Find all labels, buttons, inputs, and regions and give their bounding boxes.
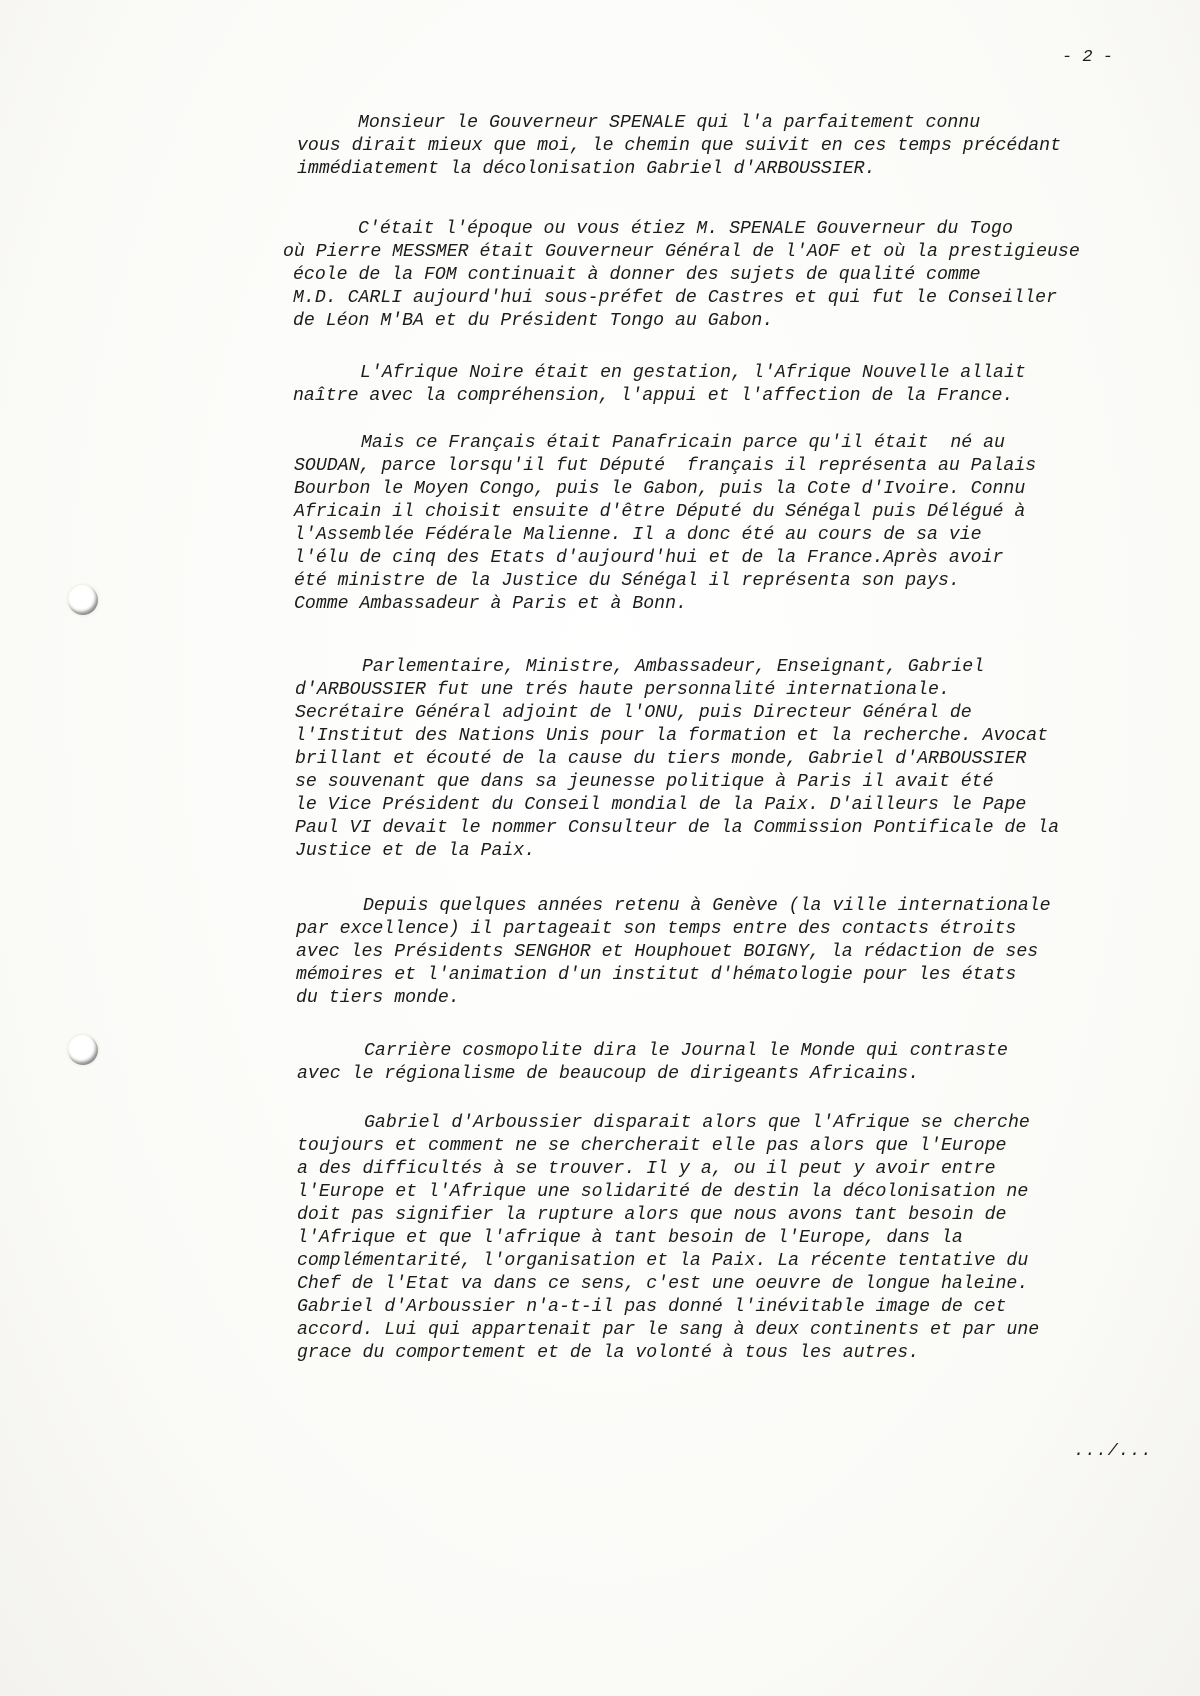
text-line: du tiers monde. — [296, 987, 460, 1010]
text-line: accord. Lui qui appartenait par le sang … — [297, 1319, 1039, 1342]
text-line: Parlementaire, Ministre, Ambassadeur, En… — [362, 656, 984, 679]
text-line: avec les Présidents SENGHOR et Houphouet… — [296, 941, 1038, 964]
text-line: Gabriel d'Arboussier disparait alors que… — [364, 1112, 1030, 1135]
text-line: toujours et comment ne se chercherait el… — [297, 1135, 1006, 1158]
punch-hole-bottom — [68, 1035, 98, 1065]
text-line: C'était l'époque ou vous étiez M. SPENAL… — [358, 218, 1013, 241]
text-line: par excellence) il partageait son temps … — [296, 918, 1016, 941]
text-line: où Pierre MESSMER était Gouverneur Génér… — [283, 241, 1080, 264]
text-line: Carrière cosmopolite dira le Journal le … — [364, 1040, 1008, 1063]
text-line: SOUDAN, parce lorsqu'il fut Député franç… — [294, 455, 1036, 478]
text-line: complémentarité, l'organisation et la Pa… — [297, 1250, 1028, 1273]
text-line: l'Assemblée Fédérale Malienne. Il a donc… — [294, 524, 982, 547]
text-line: l'Afrique et que l'afrique à tant besoin… — [297, 1227, 963, 1250]
text-line: l'Institut des Nations Unis pour la form… — [295, 725, 1048, 748]
text-line: Secrétaire Général adjoint de l'ONU, pui… — [295, 702, 972, 725]
text-line: le Vice Président du Conseil mondial de … — [295, 794, 1026, 817]
text-line: vous dirait mieux que moi, le chemin que… — [297, 135, 1061, 158]
text-line: Chef de l'Etat va dans ce sens, c'est un… — [297, 1273, 1028, 1296]
text-line: de Léon M'BA et du Président Tongo au Ga… — [293, 310, 773, 333]
text-line: Bourbon le Moyen Congo, puis le Gabon, p… — [294, 478, 1025, 501]
text-line: immédiatement la décolonisation Gabriel … — [297, 158, 875, 181]
text-line: a des difficultés à se trouver. Il y a, … — [297, 1158, 996, 1181]
text-line: M.D. CARLI aujourd'hui sous-préfet de Ca… — [293, 287, 1057, 310]
text-line: Gabriel d'Arboussier n'a-t-il pas donné … — [297, 1296, 1006, 1319]
text-line: naître avec la compréhension, l'appui et… — [293, 385, 1013, 408]
text-line: L'Afrique Noire était en gestation, l'Af… — [360, 362, 1026, 385]
text-line: l'Europe et l'Afrique une solidarité de … — [297, 1181, 1028, 1204]
text-line: doit pas signifier la rupture alors que … — [297, 1204, 1006, 1227]
text-line: école de la FOM continuait à donner des … — [293, 264, 981, 287]
text-line: d'ARBOUSSIER fut une trés haute personna… — [295, 679, 950, 702]
text-line: Depuis quelques années retenu à Genève (… — [363, 895, 1051, 918]
text-line: été ministre de la Justice du Sénégal il… — [294, 570, 960, 593]
text-line: Monsieur le Gouverneur SPENALE qui l'a p… — [358, 112, 980, 135]
text-line: Paul VI devait le nommer Consulteur de l… — [295, 817, 1059, 840]
text-line: Justice et de la Paix. — [295, 840, 535, 863]
text-line: grace du comportement et de la volonté à… — [297, 1342, 919, 1365]
text-line: mémoires et l'animation d'un institut d'… — [296, 964, 1016, 987]
text-line: Mais ce Français était Panafricain parce… — [361, 432, 1005, 455]
text-line: Africain il choisit ensuite d'être Déput… — [294, 501, 1025, 524]
continuation-mark: .../... — [1074, 1442, 1152, 1461]
text-line: l'élu de cinq des Etats d'aujourd'hui et… — [294, 547, 1003, 570]
scanned-page: - 2 - Monsieur le Gouverneur SPENALE qui… — [0, 0, 1200, 1696]
text-line: se souvenant que dans sa jeunesse politi… — [295, 771, 994, 794]
text-line: Comme Ambassadeur à Paris et à Bonn. — [294, 593, 687, 616]
text-line: avec le régionalisme de beaucoup de diri… — [297, 1063, 919, 1086]
punch-hole-top — [68, 585, 98, 615]
text-line: brillant et écouté de la cause du tiers … — [295, 748, 1026, 771]
page-number: - 2 - — [1062, 48, 1113, 67]
